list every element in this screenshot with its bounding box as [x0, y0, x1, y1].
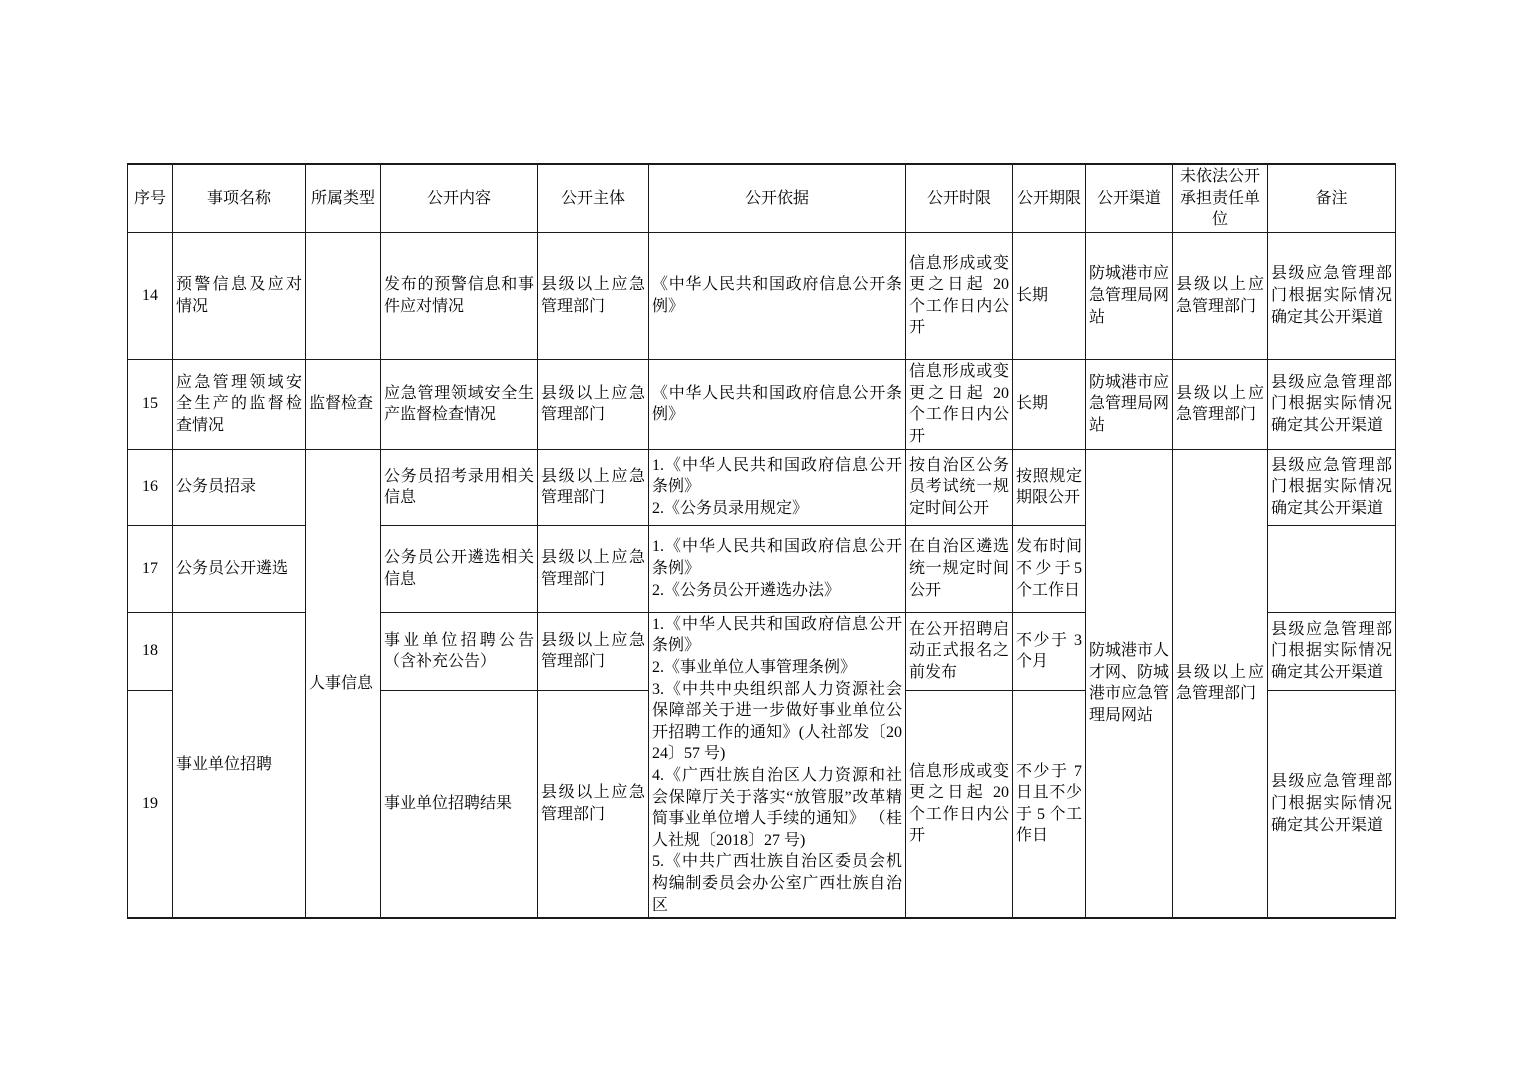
cell-seq: 19 [128, 690, 173, 918]
header-content: 公开内容 [381, 164, 538, 232]
cell-subject: 县级以上应急管理部门 [538, 612, 649, 690]
cell-time-limit: 在公开招聘启动正式报名之前发布 [906, 612, 1013, 690]
cell-subject: 县级以上应急管理部门 [538, 359, 649, 449]
cell-remark: 县级应急管理部门根据实际情况确定其公开渠道 [1268, 232, 1396, 359]
header-period: 公开期限 [1013, 164, 1086, 232]
cell-content: 事业单位招聘公告（含补充公告） [381, 612, 538, 690]
cell-time-limit: 信息形成或变更之日起 20 个工作日内公开 [906, 690, 1013, 918]
cell-subject: 县级以上应急管理部门 [538, 690, 649, 918]
header-channel: 公开渠道 [1086, 164, 1173, 232]
document-page: 序号 事项名称 所属类型 公开内容 公开主体 公开依据 公开时限 公开期限 公开… [0, 0, 1520, 1074]
cell-period: 发布时间不少于5个工作日 [1013, 525, 1086, 612]
cell-period: 长期 [1013, 359, 1086, 449]
header-responsible-unit: 未依法公开承担责任单位 [1173, 164, 1268, 232]
cell-subject: 县级以上应急管理部门 [538, 232, 649, 359]
table-row-16: 16 公务员招录 人事信息 公务员招考录用相关信息 县级以上应急管理部门 1.《… [128, 449, 1396, 525]
cell-item-name-merged: 事业单位招聘 [173, 612, 306, 918]
header-item-name: 事项名称 [173, 164, 306, 232]
cell-category [306, 232, 381, 359]
cell-responsible-unit: 县级以上应急管理部门 [1173, 232, 1268, 359]
cell-channel-merged: 防城港市人才网、防城港市应急管理局网站 [1086, 449, 1173, 918]
cell-content: 应急管理领域安全生产监督检查情况 [381, 359, 538, 449]
cell-channel: 防城港市应急管理局网站 [1086, 232, 1173, 359]
cell-period: 不少于 7 日且不少于 5 个工作日 [1013, 690, 1086, 918]
cell-seq: 16 [128, 449, 173, 525]
cell-seq: 17 [128, 525, 173, 612]
cell-remark: 县级应急管理部门根据实际情况确定其公开渠道 [1268, 690, 1396, 918]
cell-subject: 县级以上应急管理部门 [538, 449, 649, 525]
cell-seq: 14 [128, 232, 173, 359]
cell-period: 长期 [1013, 232, 1086, 359]
cell-time-limit: 在自治区遴选统一规定时间公开 [906, 525, 1013, 612]
cell-basis-merged: 1.《中华人民共和国政府信息公开条例》 2.《事业单位人事管理条例》 3.《中共… [649, 612, 906, 918]
cell-content: 事业单位招聘结果 [381, 690, 538, 918]
cell-basis: 1.《中华人民共和国政府信息公开条例》 2.《公务员录用规定》 [649, 449, 906, 525]
cell-content: 公务员招考录用相关信息 [381, 449, 538, 525]
table-header-row: 序号 事项名称 所属类型 公开内容 公开主体 公开依据 公开时限 公开期限 公开… [128, 164, 1396, 232]
table-row-15: 15 应急管理领域安全生产的监督检查情况 监督检查 应急管理领域安全生产监督检查… [128, 359, 1396, 449]
cell-basis: 《中华人民共和国政府信息公开条例》 [649, 232, 906, 359]
cell-responsible-unit: 县级以上应急管理部门 [1173, 359, 1268, 449]
header-remark: 备注 [1268, 164, 1396, 232]
cell-item-name: 公务员公开遴选 [173, 525, 306, 612]
cell-item-name: 公务员招录 [173, 449, 306, 525]
cell-category-merged: 人事信息 [306, 449, 381, 918]
cell-seq: 18 [128, 612, 173, 690]
header-basis: 公开依据 [649, 164, 906, 232]
cell-seq: 15 [128, 359, 173, 449]
header-subject: 公开主体 [538, 164, 649, 232]
cell-remark: 县级应急管理部门根据实际情况确定其公开渠道 [1268, 612, 1396, 690]
cell-remark: 县级应急管理部门根据实际情况确定其公开渠道 [1268, 449, 1396, 525]
cell-content: 公务员公开遴选相关信息 [381, 525, 538, 612]
header-time-limit: 公开时限 [906, 164, 1013, 232]
cell-period: 按照规定期限公开 [1013, 449, 1086, 525]
cell-item-name: 预警信息及应对情况 [173, 232, 306, 359]
disclosure-table: 序号 事项名称 所属类型 公开内容 公开主体 公开依据 公开时限 公开期限 公开… [127, 163, 1396, 919]
header-category: 所属类型 [306, 164, 381, 232]
cell-channel: 防城港市应急管理局网站 [1086, 359, 1173, 449]
cell-content: 发布的预警信息和事件应对情况 [381, 232, 538, 359]
cell-subject: 县级以上应急管理部门 [538, 525, 649, 612]
cell-basis: 1.《中华人民共和国政府信息公开条例》 2.《公务员公开遴选办法》 [649, 525, 906, 612]
table-row-14: 14 预警信息及应对情况 发布的预警信息和事件应对情况 县级以上应急管理部门 《… [128, 232, 1396, 359]
cell-time-limit: 信息形成或变更之日起 20 个工作日内公开 [906, 232, 1013, 359]
cell-period: 不少于 3 个月 [1013, 612, 1086, 690]
cell-basis: 《中华人民共和国政府信息公开条例》 [649, 359, 906, 449]
cell-responsible-unit-merged: 县级以上应急管理部门 [1173, 449, 1268, 918]
cell-remark: 县级应急管理部门根据实际情况确定其公开渠道 [1268, 359, 1396, 449]
cell-category: 监督检查 [306, 359, 381, 449]
header-seq: 序号 [128, 164, 173, 232]
cell-item-name: 应急管理领域安全生产的监督检查情况 [173, 359, 306, 449]
cell-time-limit: 按自治区公务员考试统一规定时间公开 [906, 449, 1013, 525]
cell-remark [1268, 525, 1396, 612]
cell-time-limit: 信息形成或变更之日起 20 个工作日内公开 [906, 359, 1013, 449]
